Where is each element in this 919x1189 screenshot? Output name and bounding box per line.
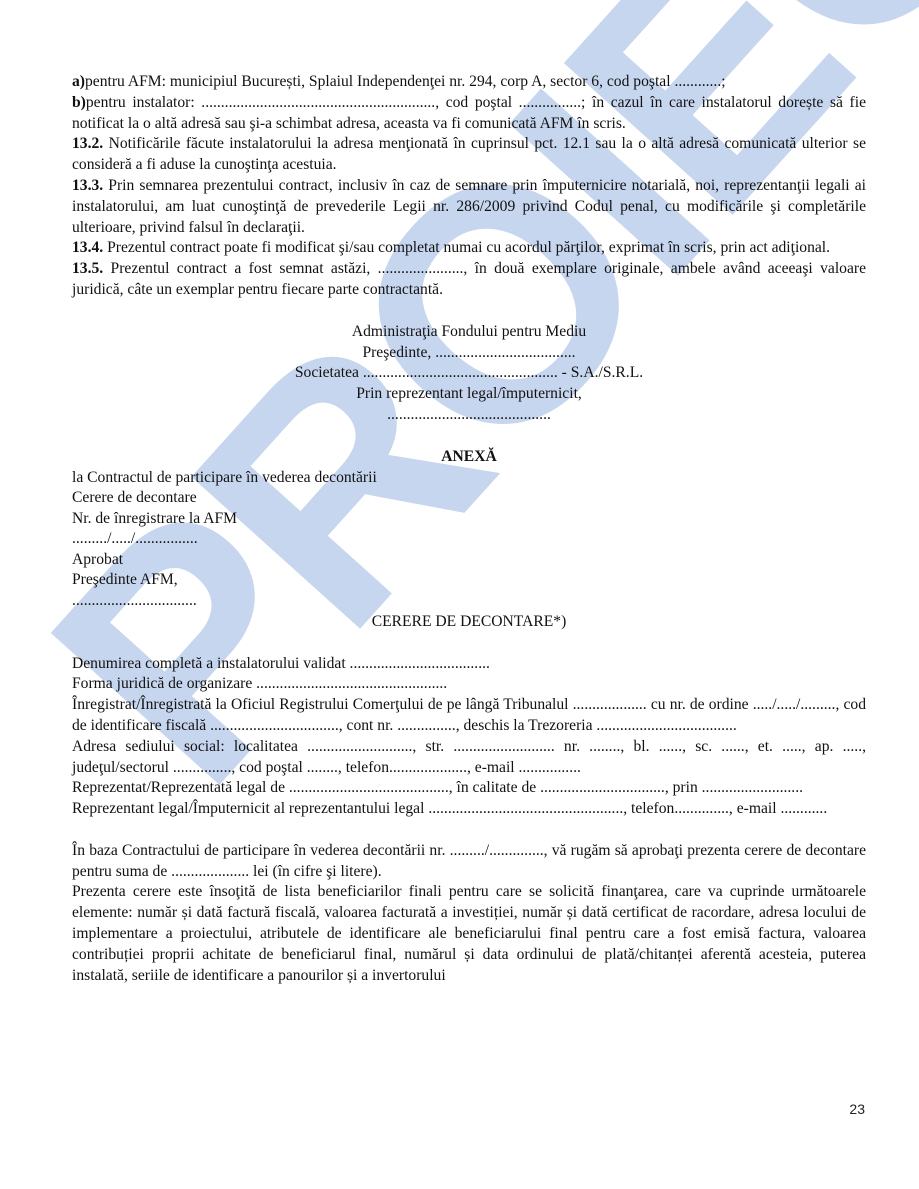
page-number: 23 <box>849 1101 865 1117</box>
cerere-title: CERERE DE DECONTARE*) <box>72 612 866 633</box>
anexa-line: Cerere de decontare <box>72 488 866 509</box>
anexa-line: ........./...../................ <box>72 529 866 550</box>
clause-13-2: 13.2. Notificările făcute instalatorului… <box>72 134 866 176</box>
clause-text: Prin semnarea prezentului contract, incl… <box>72 177 866 236</box>
anexa-line: ................................ <box>72 591 866 612</box>
signature-line: Preşedinte, ............................… <box>72 343 866 364</box>
clause-text: Notificările făcute instalatorului la ad… <box>72 135 866 173</box>
anexa-title: ANEXĂ <box>72 447 866 468</box>
clause-number: 13.4. <box>72 239 103 256</box>
anexa-line: Nr. de înregistrare la AFM <box>72 509 866 530</box>
form-line: Forma juridică de organizare ...........… <box>72 674 866 695</box>
form-line: Denumirea completă a instalatorului vali… <box>72 654 866 675</box>
clause-text: Prezentul contract a fost semnat astăzi,… <box>72 260 866 298</box>
clause-number: b) <box>72 94 86 111</box>
clause-a: a)pentru AFM: municipiul București, Spla… <box>72 72 866 93</box>
clause-number: a) <box>72 73 85 90</box>
form-line: Înregistrat/Înregistrată la Oficiul Regi… <box>72 695 866 737</box>
clause-13-4: 13.4. Prezentul contract poate fi modifi… <box>72 238 866 259</box>
clause-number: 13.2. <box>72 135 103 152</box>
clause-13-3: 13.3. Prin semnarea prezentului contract… <box>72 176 866 238</box>
signature-line: Administraţia Fondului pentru Mediu <box>72 322 866 343</box>
form-paragraph: Prezenta cerere este însoţită de lista b… <box>72 882 866 986</box>
form-line: Reprezentat/Reprezentată legal de ......… <box>72 778 866 799</box>
anexa-line: la Contractul de participare în vederea … <box>72 468 866 489</box>
signature-line: ........................................… <box>72 405 866 426</box>
clause-number: 13.3. <box>72 177 103 194</box>
signature-line: Prin reprezentant legal/împuternicit, <box>72 384 866 405</box>
clause-13-5: 13.5. Prezentul contract a fost semnat a… <box>72 259 866 301</box>
signature-line: Societatea .............................… <box>72 363 866 384</box>
anexa-line: Aprobat <box>72 550 866 571</box>
anexa-header: la Contractul de participare în vederea … <box>72 468 866 612</box>
clause-text: Prezentul contract poate fi modificat şi… <box>103 239 830 256</box>
clause-b: b)pentru instalator: ...................… <box>72 93 866 135</box>
form-line: Adresa sediului social: localitatea ....… <box>72 737 866 779</box>
clause-text: pentru AFM: municipiul București, Splaiu… <box>85 73 726 90</box>
anexa-line: Preşedinte AFM, <box>72 570 866 591</box>
document-page: PROIECT a)pentru AFM: municipiul Bucureș… <box>0 0 919 1189</box>
form-line: Reprezentant legal/Împuternicit al repre… <box>72 799 866 820</box>
document-content: a)pentru AFM: municipiul București, Spla… <box>72 72 866 986</box>
clause-number: 13.5. <box>72 260 103 277</box>
form-paragraph: În baza Contractului de participare în v… <box>72 841 866 883</box>
cerere-form: Denumirea completă a instalatorului vali… <box>72 654 866 987</box>
clause-text: pentru instalator: .....................… <box>72 94 866 132</box>
signature-block: Administraţia Fondului pentru Mediu Preş… <box>72 322 866 426</box>
